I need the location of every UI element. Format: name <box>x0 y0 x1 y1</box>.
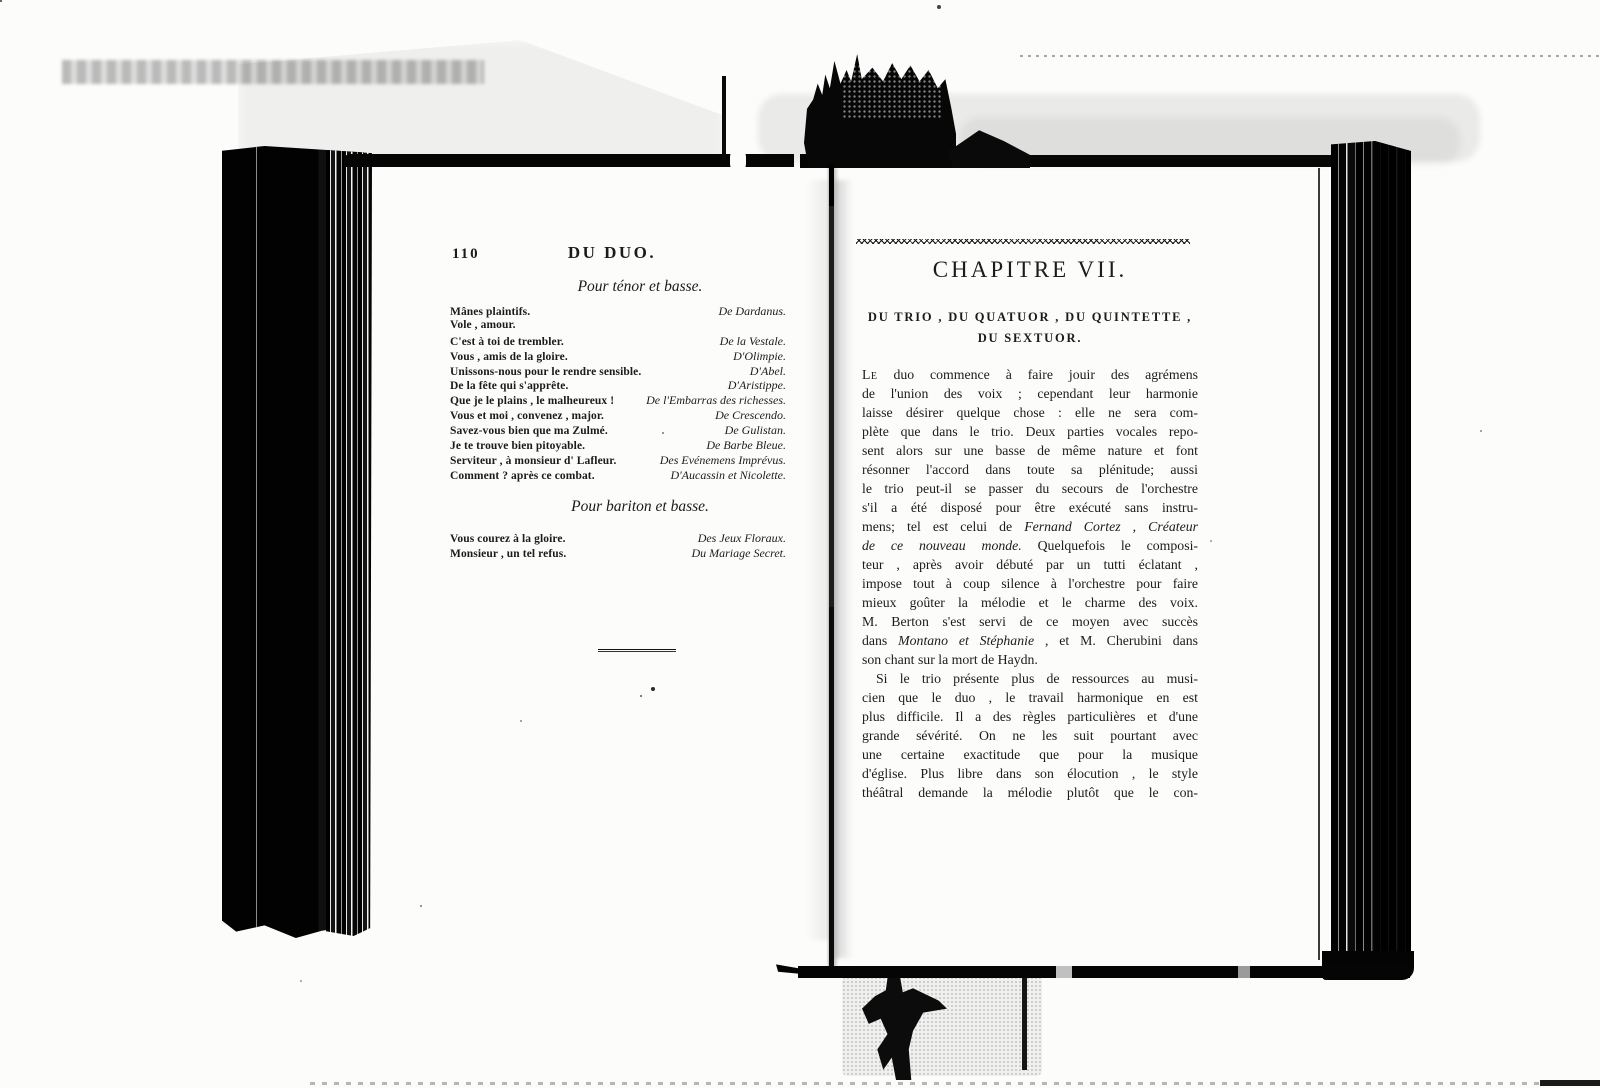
duet-entry: Comment ? après ce combat.D'Aucassin et … <box>450 468 786 483</box>
duet-entry: Vous et moi , convenez , major.De Cresce… <box>450 408 786 423</box>
duet-source-opera: Du Mariage Secret. <box>691 546 786 561</box>
scan-artifact-bottom-haze <box>842 976 1042 1076</box>
duet-title: De la fête qui s'apprête. <box>450 380 568 392</box>
scan-artifact-bottom-segment <box>1540 1080 1600 1086</box>
scan-artifact-specks <box>0 0 2 2</box>
body-text-line: plète que dans le trio. Deux parties voc… <box>862 424 1198 443</box>
duet-entry: Vous courez à la gloire.Des Jeux Floraux… <box>450 531 786 546</box>
body-text-segment: dans <box>862 633 898 648</box>
section-divider-rule <box>598 649 676 652</box>
body-text-segment: duo commence à faire jouir des agrémens <box>878 367 1198 382</box>
duet-title: Vous courez à la gloire. <box>450 533 566 545</box>
body-text-segment: grande sévérité. On ne les suit pourtant… <box>862 728 1198 743</box>
scan-artifact-bottom-notch <box>1056 966 1072 978</box>
duet-source-opera: De l'Embarras des richesses. <box>646 393 786 408</box>
body-text-segment: s'il a été disposé pour être exécuté san… <box>862 500 1198 515</box>
body-text-segment: sent alors sur une basse de même nature … <box>862 443 1198 458</box>
opera-title-italic: Fernand Cortez , Créateur <box>1024 519 1198 534</box>
duet-title: Savez-vous bien que ma Zulmé. <box>450 425 608 437</box>
duet-source-opera: De Crescendo. <box>715 408 786 423</box>
body-text-line: dans Montano et Stéphanie , et M. Cherub… <box>862 633 1198 652</box>
body-text-segment: son chant sur la mort de Haydn. <box>862 652 1038 667</box>
body-text-line: impose tout à coup silence à l'orchestre… <box>862 576 1198 595</box>
running-title: DU DUO. <box>512 243 712 263</box>
duet-entry: Que je le plains , le malheureux !De l'E… <box>450 393 786 408</box>
book-left-page-edge-stripes <box>326 150 372 936</box>
body-text-segment: laisse désirer quelque chose : elle ne s… <box>862 405 1198 420</box>
duet-source-opera: Des Evénemens Imprévus. <box>660 453 786 468</box>
duet-entry: Je te trouve bien pitoyable.De Barbe Ble… <box>450 438 786 453</box>
body-text-segment: le trio peut-il se passer du secours de … <box>862 481 1198 496</box>
body-text-segment: de l'union des voix ; cependant leur har… <box>862 386 1198 401</box>
duet-title: Vole , amour. <box>450 319 516 331</box>
body-text-line: cien que le duo , le travail harmonique … <box>862 690 1198 709</box>
book-scan: 110 DU DUO. Pour ténor et basse. Mânes p… <box>0 0 1600 1088</box>
duet-title: Unissons-nous pour le rendre sensible. <box>450 366 641 378</box>
scan-artifact-haze-top-left <box>238 40 724 162</box>
body-text-line: laisse désirer quelque chose : elle ne s… <box>862 405 1198 424</box>
body-text-segment: cien que le duo , le travail harmonique … <box>862 690 1198 705</box>
body-text-line: théâtral demande la mélodie plutôt que l… <box>862 785 1198 804</box>
body-text-line: mieux goûter la mélodie et le charme des… <box>862 595 1198 614</box>
duet-entry: Savez-vous bien que ma Zulmé.De Gulistan… <box>450 423 786 438</box>
duet-title: Vous , amis de la gloire. <box>450 351 568 363</box>
body-text-segment: teur , après avoir débuté par un tutti é… <box>862 557 1198 572</box>
body-text-segment: mens; tel est celui de <box>862 519 1024 534</box>
body-text-line: teur , après avoir débuté par un tutti é… <box>862 557 1198 576</box>
gutter-shadow-left <box>806 180 828 940</box>
body-text-line: le trio peut-il se passer du secours de … <box>862 481 1198 500</box>
opera-title-italic: Montano et Stéphanie <box>898 633 1034 648</box>
duet-list-tenor-basse: Mânes plaintifs.De Dardanus.Vole , amour… <box>450 304 786 483</box>
body-text-segment: M. Berton s'est servi de ce moyen avec s… <box>862 614 1198 629</box>
duet-entry: Serviteur , à monsieur d' Lafleur.Des Ev… <box>450 453 786 468</box>
section-heading-tenor-basse: Pour ténor et basse. <box>520 278 760 296</box>
body-text-line: mens; tel est celui de Fernand Cortez , … <box>862 519 1198 538</box>
book-gutter-line <box>829 166 834 968</box>
body-text-line: une certaine exactitude que pour la musi… <box>862 747 1198 766</box>
body-text-line: M. Berton s'est servi de ce moyen avec s… <box>862 614 1198 633</box>
body-text-line: grande sévérité. On ne les suit pourtant… <box>862 728 1198 747</box>
duet-title: Vous et moi , convenez , major. <box>450 410 604 422</box>
section-heading-bariton-basse: Pour bariton et basse. <box>520 498 760 516</box>
scan-artifact-dotted-line-top <box>1020 55 1600 57</box>
body-text-segment: impose tout à coup silence à l'orchestre… <box>862 576 1198 591</box>
body-text-segment: plus difficile. Il a des règles particul… <box>862 709 1198 724</box>
duet-title: Je te trouve bien pitoyable. <box>450 440 585 452</box>
right-page-edge-line <box>1318 168 1320 960</box>
body-text-line: Si le trio présente plus de ressources a… <box>862 671 1198 690</box>
body-text-line: Le duo commence à faire jouir des agréme… <box>862 367 1198 386</box>
scan-artifact-dotted-line-bottom <box>310 1082 1600 1085</box>
body-text-line: de l'union des voix ; cependant leur har… <box>862 386 1198 405</box>
duet-entry: Mânes plaintifs.De Dardanus. <box>450 304 786 319</box>
duet-entry: Vous , amis de la gloire.D'Olimpie. <box>450 349 786 364</box>
scan-artifact-gray-band <box>62 60 484 84</box>
scan-artifact-bottom-notch-2 <box>1238 966 1250 978</box>
chapter-ornament-rule <box>856 239 1190 244</box>
duet-source-opera: D'Abel. <box>750 364 786 379</box>
body-text-segment: résonner l'accord dans toute sa plénitud… <box>862 462 1198 477</box>
body-text-segment: Quelquefois le composi- <box>1022 538 1198 553</box>
duet-entry: C'est à toi de trembler.De la Vestale. <box>450 334 786 349</box>
duet-title: Monsieur , un tel refus. <box>450 548 566 560</box>
duet-source-opera: D'Aristippe. <box>728 378 786 393</box>
duet-title: C'est à toi de trembler. <box>450 336 564 348</box>
duet-source-opera: De Gulistan. <box>725 423 786 438</box>
duet-title: Serviteur , à monsieur d' Lafleur. <box>450 455 616 467</box>
body-text-segment: plète que dans le trio. Deux parties voc… <box>862 424 1198 439</box>
chapter-heading: CHAPITRE VII. <box>862 257 1198 283</box>
chapter-body-text: Le duo commence à faire jouir des agréme… <box>862 367 1198 804</box>
chapter-subtitle-line1: DU TRIO , DU QUATUOR , DU QUINTETTE , <box>862 310 1198 325</box>
duet-source-opera: Des Jeux Floraux. <box>698 531 786 546</box>
left-page-top-border <box>344 154 794 167</box>
duet-source-opera: D'Aucassin et Nicolette. <box>670 468 786 483</box>
duet-title: Que je le plains , le malheureux ! <box>450 395 614 407</box>
duet-title: Comment ? après ce combat. <box>450 470 595 482</box>
duet-source-opera: D'Olimpie. <box>733 349 786 364</box>
duet-list-bariton-basse: Vous courez à la gloire.Des Jeux Floraux… <box>450 531 786 561</box>
duet-source-opera: De la Vestale. <box>720 334 786 349</box>
body-text-line: s'il a été disposé pour être exécuté san… <box>862 500 1198 519</box>
duet-source-opera: De Dardanus. <box>718 304 786 319</box>
duet-source-opera: De Barbe Bleue. <box>706 438 786 453</box>
body-text-segment: d'église. Plus libre dans son élocution … <box>862 766 1198 781</box>
duet-entry: De la fête qui s'apprête.D'Aristippe. <box>450 378 786 393</box>
duet-entry: Vole , amour. <box>450 319 786 334</box>
body-text-segment: mieux goûter la mélodie et le charme des… <box>862 595 1198 610</box>
body-text-segment: , et M. Cherubini dans <box>1034 633 1198 648</box>
scan-artifact-bottom-vline <box>1022 978 1027 1070</box>
opera-title-italic: de ce nouveau monde. <box>862 538 1022 553</box>
page-number: 110 <box>452 246 480 263</box>
scan-artifact-gutter-top-line <box>722 76 726 160</box>
body-text-segment: Si le trio présente plus de ressources a… <box>876 671 1198 686</box>
body-text-segment: théâtral demande la mélodie plutôt que l… <box>862 785 1198 800</box>
duet-title: Mânes plaintifs. <box>450 306 530 318</box>
chapter-subtitle-line2: DU SEXTUOR. <box>862 331 1198 346</box>
body-text-line: plus difficile. Il a des règles particul… <box>862 709 1198 728</box>
body-text-line: son chant sur la mort de Haydn. <box>862 652 1198 671</box>
body-text-line: de ce nouveau monde. Quelquefois le comp… <box>862 538 1198 557</box>
body-text-segment: une certaine exactitude que pour la musi… <box>862 747 1198 762</box>
duet-entry: Monsieur , un tel refus.Du Mariage Secre… <box>450 546 786 561</box>
duet-entry: Unissons-nous pour le rendre sensible.D'… <box>450 364 786 379</box>
scan-artifact-notch <box>730 149 746 172</box>
gutter-shadow-right <box>835 180 853 958</box>
body-text-line: d'église. Plus libre dans son élocution … <box>862 766 1198 785</box>
body-text-line: sent alors sur une basse de même nature … <box>862 443 1198 462</box>
body-text-line: résonner l'accord dans toute sa plénitud… <box>862 462 1198 481</box>
book-right-page-edges <box>1331 141 1411 979</box>
scan-artifact-ink-blob-texture <box>842 64 942 118</box>
body-text-segment: Le <box>862 367 878 382</box>
